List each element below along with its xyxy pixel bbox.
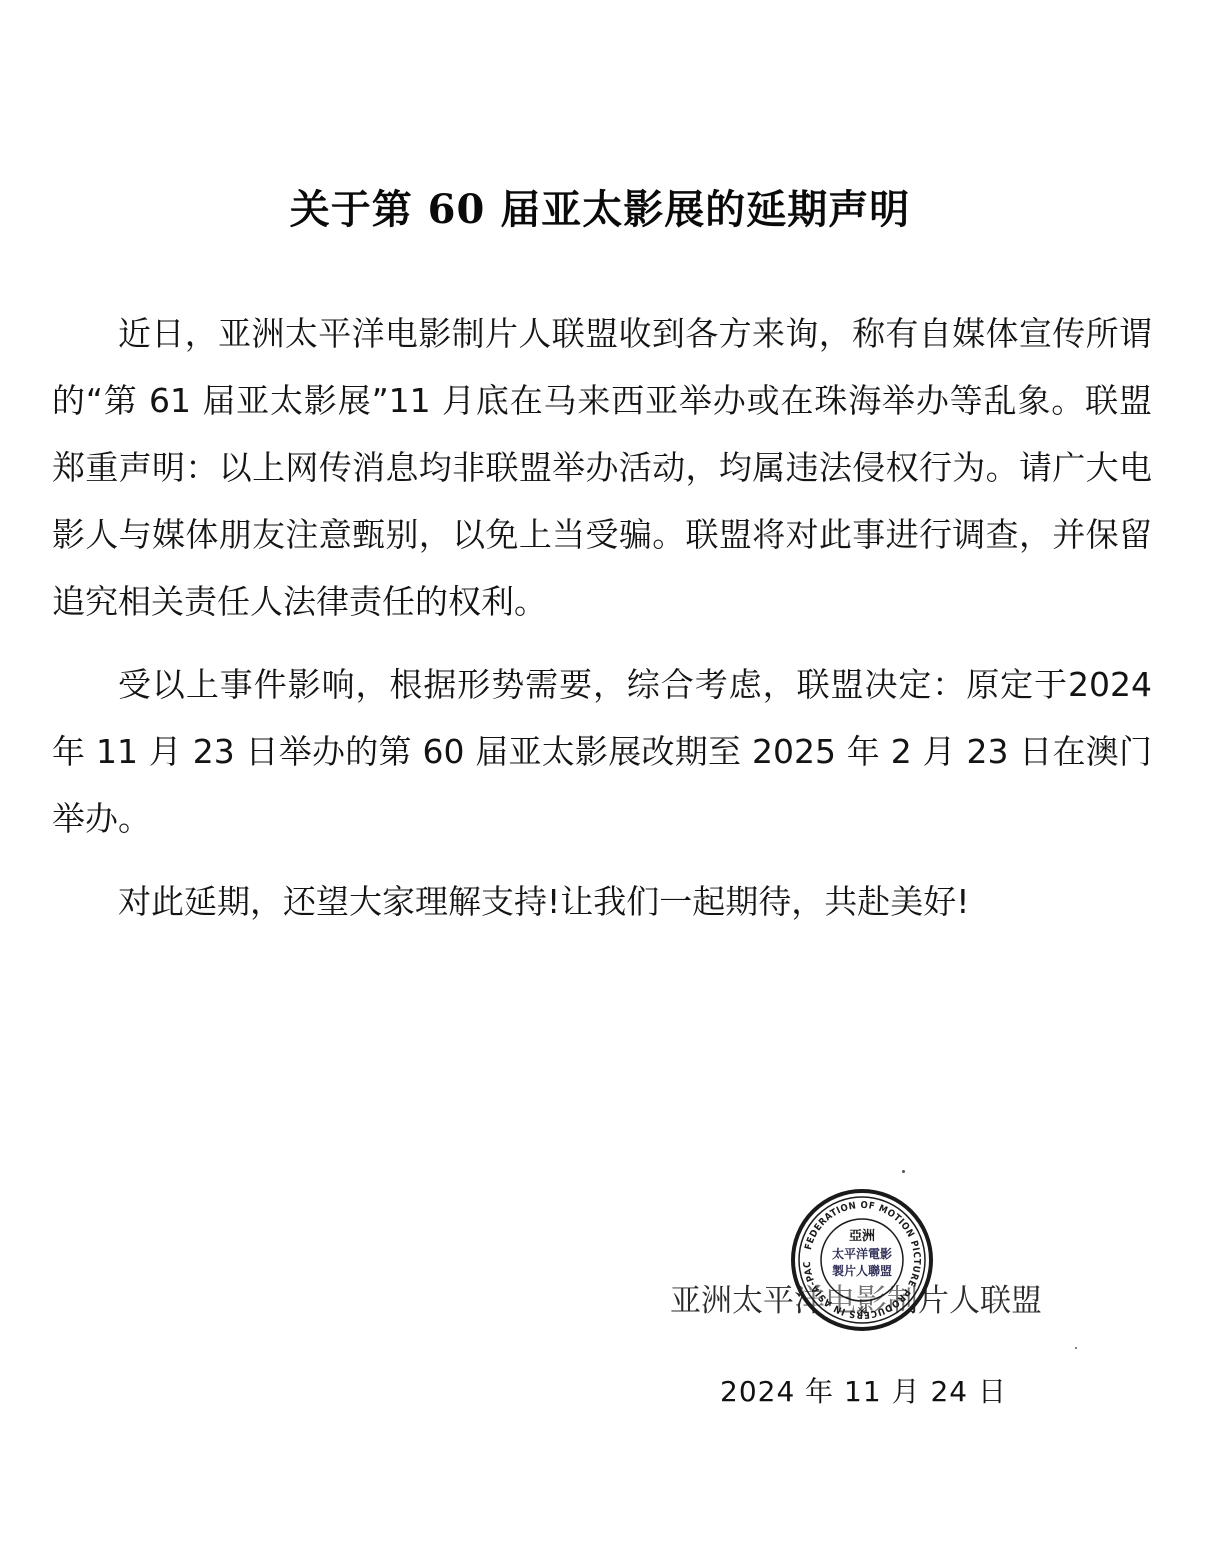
document-body: 近日，亚洲太平洋电影制片人联盟收到各方来询，称有自媒体宣传所谓的“第 61 届亚… (52, 300, 1152, 951)
document-page: 关于第 60 届亚太影展的延期声明 近日，亚洲太平洋电影制片人联盟收到各方来询，… (0, 0, 1220, 1561)
svg-text:亞洲: 亞洲 (849, 1228, 875, 1244)
paragraph-statement: 近日，亚洲太平洋电影制片人联盟收到各方来询，称有自媒体宣传所谓的“第 61 届亚… (52, 300, 1152, 635)
scan-speck (902, 1170, 905, 1173)
scan-speck (1075, 1347, 1077, 1349)
signature-block: 亚洲太平洋电影制片人联盟 FEDERATION OF MOTION PICTUR… (660, 1180, 1080, 1440)
signing-date: 2024 年 11 月 24 日 (720, 1370, 1007, 1410)
official-seal-icon: FEDERATION OF MOTION PICTURE PRODUCERS I… (790, 1188, 934, 1332)
svg-text:✳: ✳ (856, 1304, 868, 1320)
svg-text:製片人聯盟: 製片人聯盟 (832, 1263, 892, 1278)
paragraph-closing: 对此延期，还望大家理解支持!让我们一起期待，共赴美好! (52, 868, 1152, 935)
paragraph-postponement: 受以上事件影响，根据形势需要，综合考虑，联盟决定：原定于2024 年 11 月 … (52, 651, 1152, 852)
document-title: 关于第 60 届亚太影展的延期声明 (0, 180, 1200, 240)
svg-text:太平洋電影: 太平洋電影 (832, 1246, 892, 1261)
